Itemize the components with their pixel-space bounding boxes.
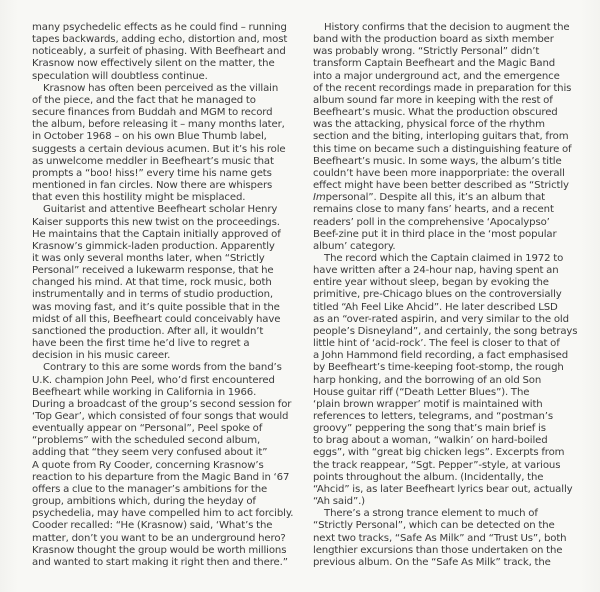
text-line: by Beefheart’s time-keeping foot-stomp, … (313, 362, 581, 374)
text-line: the track reappear, “Sgt. Pepper”-style,… (313, 460, 581, 472)
text-line: offers a clue to the manager’s ambitions… (32, 484, 300, 496)
text-line: adding that “they seem very confused abo… (32, 447, 300, 459)
text-line: groovy” peppering the song that’s main b… (313, 423, 581, 435)
text-line: matter, don’t you want to be an undergro… (32, 533, 300, 545)
text-line: “Strictly Personal”, which can be detect… (313, 520, 581, 532)
scanned-page: many psychedelic effects as he could fin… (0, 0, 600, 592)
text-line: transform Captain Beefheart and the Magi… (313, 58, 581, 70)
text-line: of the recent recordings made in prepara… (313, 83, 581, 95)
text-line: entire year without sleep, began by evok… (313, 277, 581, 289)
text-column-right: History confirms that the decision to au… (313, 22, 581, 569)
text-line: Beefheart’s music. In some ways, the alb… (313, 156, 581, 168)
text-line: as unwelcome meddler in Beefheart’s musi… (32, 156, 300, 168)
text-line: have been the first time he’d live to re… (32, 338, 300, 350)
text-line: and wanted to start making it right then… (32, 557, 300, 569)
text-line: references to letters, telegrams, and “p… (313, 411, 581, 423)
text-line: During a broadcast of the group’s second… (32, 399, 300, 411)
text-line: couldn’t have been more inapporpriate: t… (313, 168, 581, 180)
text-line: “Ahcid” is, as later Beefheart lyrics be… (313, 484, 581, 496)
text-line: ‘plain brown wrapper’ motif is maintaine… (313, 399, 581, 411)
text-line: “Ah said”.) (313, 496, 581, 508)
text-column-left: many psychedelic effects as he could fin… (32, 22, 300, 569)
text-line: into a major underground act, and the em… (313, 71, 581, 83)
text-line: ‘Top Gear’, which consisted of four song… (32, 411, 300, 423)
text-line: psychedelia, may have compelled him to a… (32, 508, 300, 520)
text-line: previous album. On the “Safe As Milk” tr… (313, 557, 581, 569)
text-line: points throughout the album. (Incidental… (313, 472, 581, 484)
text-line: Beefheart while working in California in… (32, 387, 300, 399)
text-line: There’s a strong trance element to much … (313, 508, 581, 520)
text-line: that even this hostility might be mispla… (32, 192, 300, 204)
text-line: album sound far more in keeping with the… (313, 95, 581, 107)
text-line: U.K. champion John Peel, who’d first enc… (32, 375, 300, 387)
text-line: people’s Disneyland”, and certainly, the… (313, 326, 581, 338)
text-line: Krasnow thought the group would be worth… (32, 545, 300, 557)
text-line: next two tracks, “Safe As Milk” and “Tru… (313, 533, 581, 545)
text-line: lengthier excursions than those undertak… (313, 545, 581, 557)
text-line: secure finances from Buddah and MGM to r… (32, 107, 300, 119)
text-line: album’ category. (313, 241, 581, 253)
text-line: eggs”, with “great big chicken legs”. Ex… (313, 447, 581, 459)
text-line: A quote from Ry Cooder, concerning Krasn… (32, 460, 300, 472)
text-line: decision in his music career. (32, 350, 300, 362)
text-line: Guitarist and attentive Beefheart schola… (32, 204, 300, 216)
text-line: House guitar riff (“Death Letter Blues”)… (313, 387, 581, 399)
text-line: effect might have been better described … (313, 180, 581, 192)
text-line: Beefheart’s music. What the production o… (313, 107, 581, 119)
text-line: section and the biting, interloping guit… (313, 131, 581, 143)
text-line: this time on became such a distinguishin… (313, 144, 581, 156)
text-line: as an “over-rated aspirin, and very simi… (313, 314, 581, 326)
text-line: mentioned in fan circles. Now there are … (32, 180, 300, 192)
text-line: primitive, pre-Chicago blues on the cont… (313, 289, 581, 301)
text-line: noticeably, a surfeit of phasing. With B… (32, 46, 300, 58)
text-line: changed his mind. At that time, rock mus… (32, 277, 300, 289)
text-line: prompts a “boo! hiss!” every time his na… (32, 168, 300, 180)
text-line: remains close to many fans’ hearts, and … (313, 204, 581, 216)
text-line: in October 1968 – on his own Blue Thumb … (32, 131, 300, 143)
text-line: sanctioned the production. After all, it… (32, 326, 300, 338)
text-line: instrumentally and in terms of studio pr… (32, 289, 300, 301)
text-line: Krasnow’s gimmick-laden production. Appa… (32, 241, 300, 253)
text-line: harp honking, and the borrowing of an ol… (313, 375, 581, 387)
text-line: Personal” received a lukewarm response, … (32, 265, 300, 277)
text-line: titled “Ah Feel Like Ahcid”. He later de… (313, 302, 581, 314)
text-line: readers’ poll in the comprehensive ‘Apoc… (313, 217, 581, 229)
text-line: was probably wrong. “Strictly Personal” … (313, 46, 581, 58)
text-line: of the piece, and the fact that he manag… (32, 95, 300, 107)
text-line: Krasnow has often been perceived as the … (32, 83, 300, 95)
text-line: midst of all this, Beefheart could conce… (32, 314, 300, 326)
text-line: a John Hammond field recording, a fact e… (313, 350, 581, 362)
text-line: band with the production board as sixth … (313, 34, 581, 46)
text-line: suggests a certain devious acumen. But i… (32, 144, 300, 156)
text-line: to brag about a woman, “walkin’ on hard-… (313, 435, 581, 447)
text-line: tapes backwards, adding echo, distortion… (32, 34, 300, 46)
text-line: group, ambitions which, during the heyda… (32, 496, 300, 508)
text-line: Beef-zine put it in third place in the ‘… (313, 229, 581, 241)
text-line: it was only several months later, when “… (32, 253, 300, 265)
text-line: Contrary to this are some words from the… (32, 362, 300, 374)
text-line: eventually appear on “Personal”, Peel sp… (32, 423, 300, 435)
text-line: the album, before releasing it – many mo… (32, 119, 300, 131)
text-line: little hint of ‘acid-rock’. The feel is … (313, 338, 581, 350)
text-line: Krasnow now effectively silent on the ma… (32, 58, 300, 70)
text-line: He maintains that the Captain initially … (32, 229, 300, 241)
text-line: many psychedelic effects as he could fin… (32, 22, 300, 34)
text-line: have written after a 24-hour nap, having… (313, 265, 581, 277)
text-line: reaction to his departure from the Magic… (32, 472, 300, 484)
text-line: Cooder recalled: “He (Krasnow) said, ‘Wh… (32, 520, 300, 532)
text-line: was the attacking, physical force of the… (313, 119, 581, 131)
text-line: speculation will doubtless continue. (32, 71, 300, 83)
text-line: History confirms that the decision to au… (313, 22, 581, 34)
text-line: The record which the Captain claimed in … (313, 253, 581, 265)
text-line: Impersonal”. Despite all this, it’s an a… (313, 192, 581, 204)
text-line: Kaiser supports this new twist on the pr… (32, 217, 300, 229)
text-line: “problems” with the scheduled second alb… (32, 435, 300, 447)
text-line: was moving fast, and it’s quite possible… (32, 302, 300, 314)
